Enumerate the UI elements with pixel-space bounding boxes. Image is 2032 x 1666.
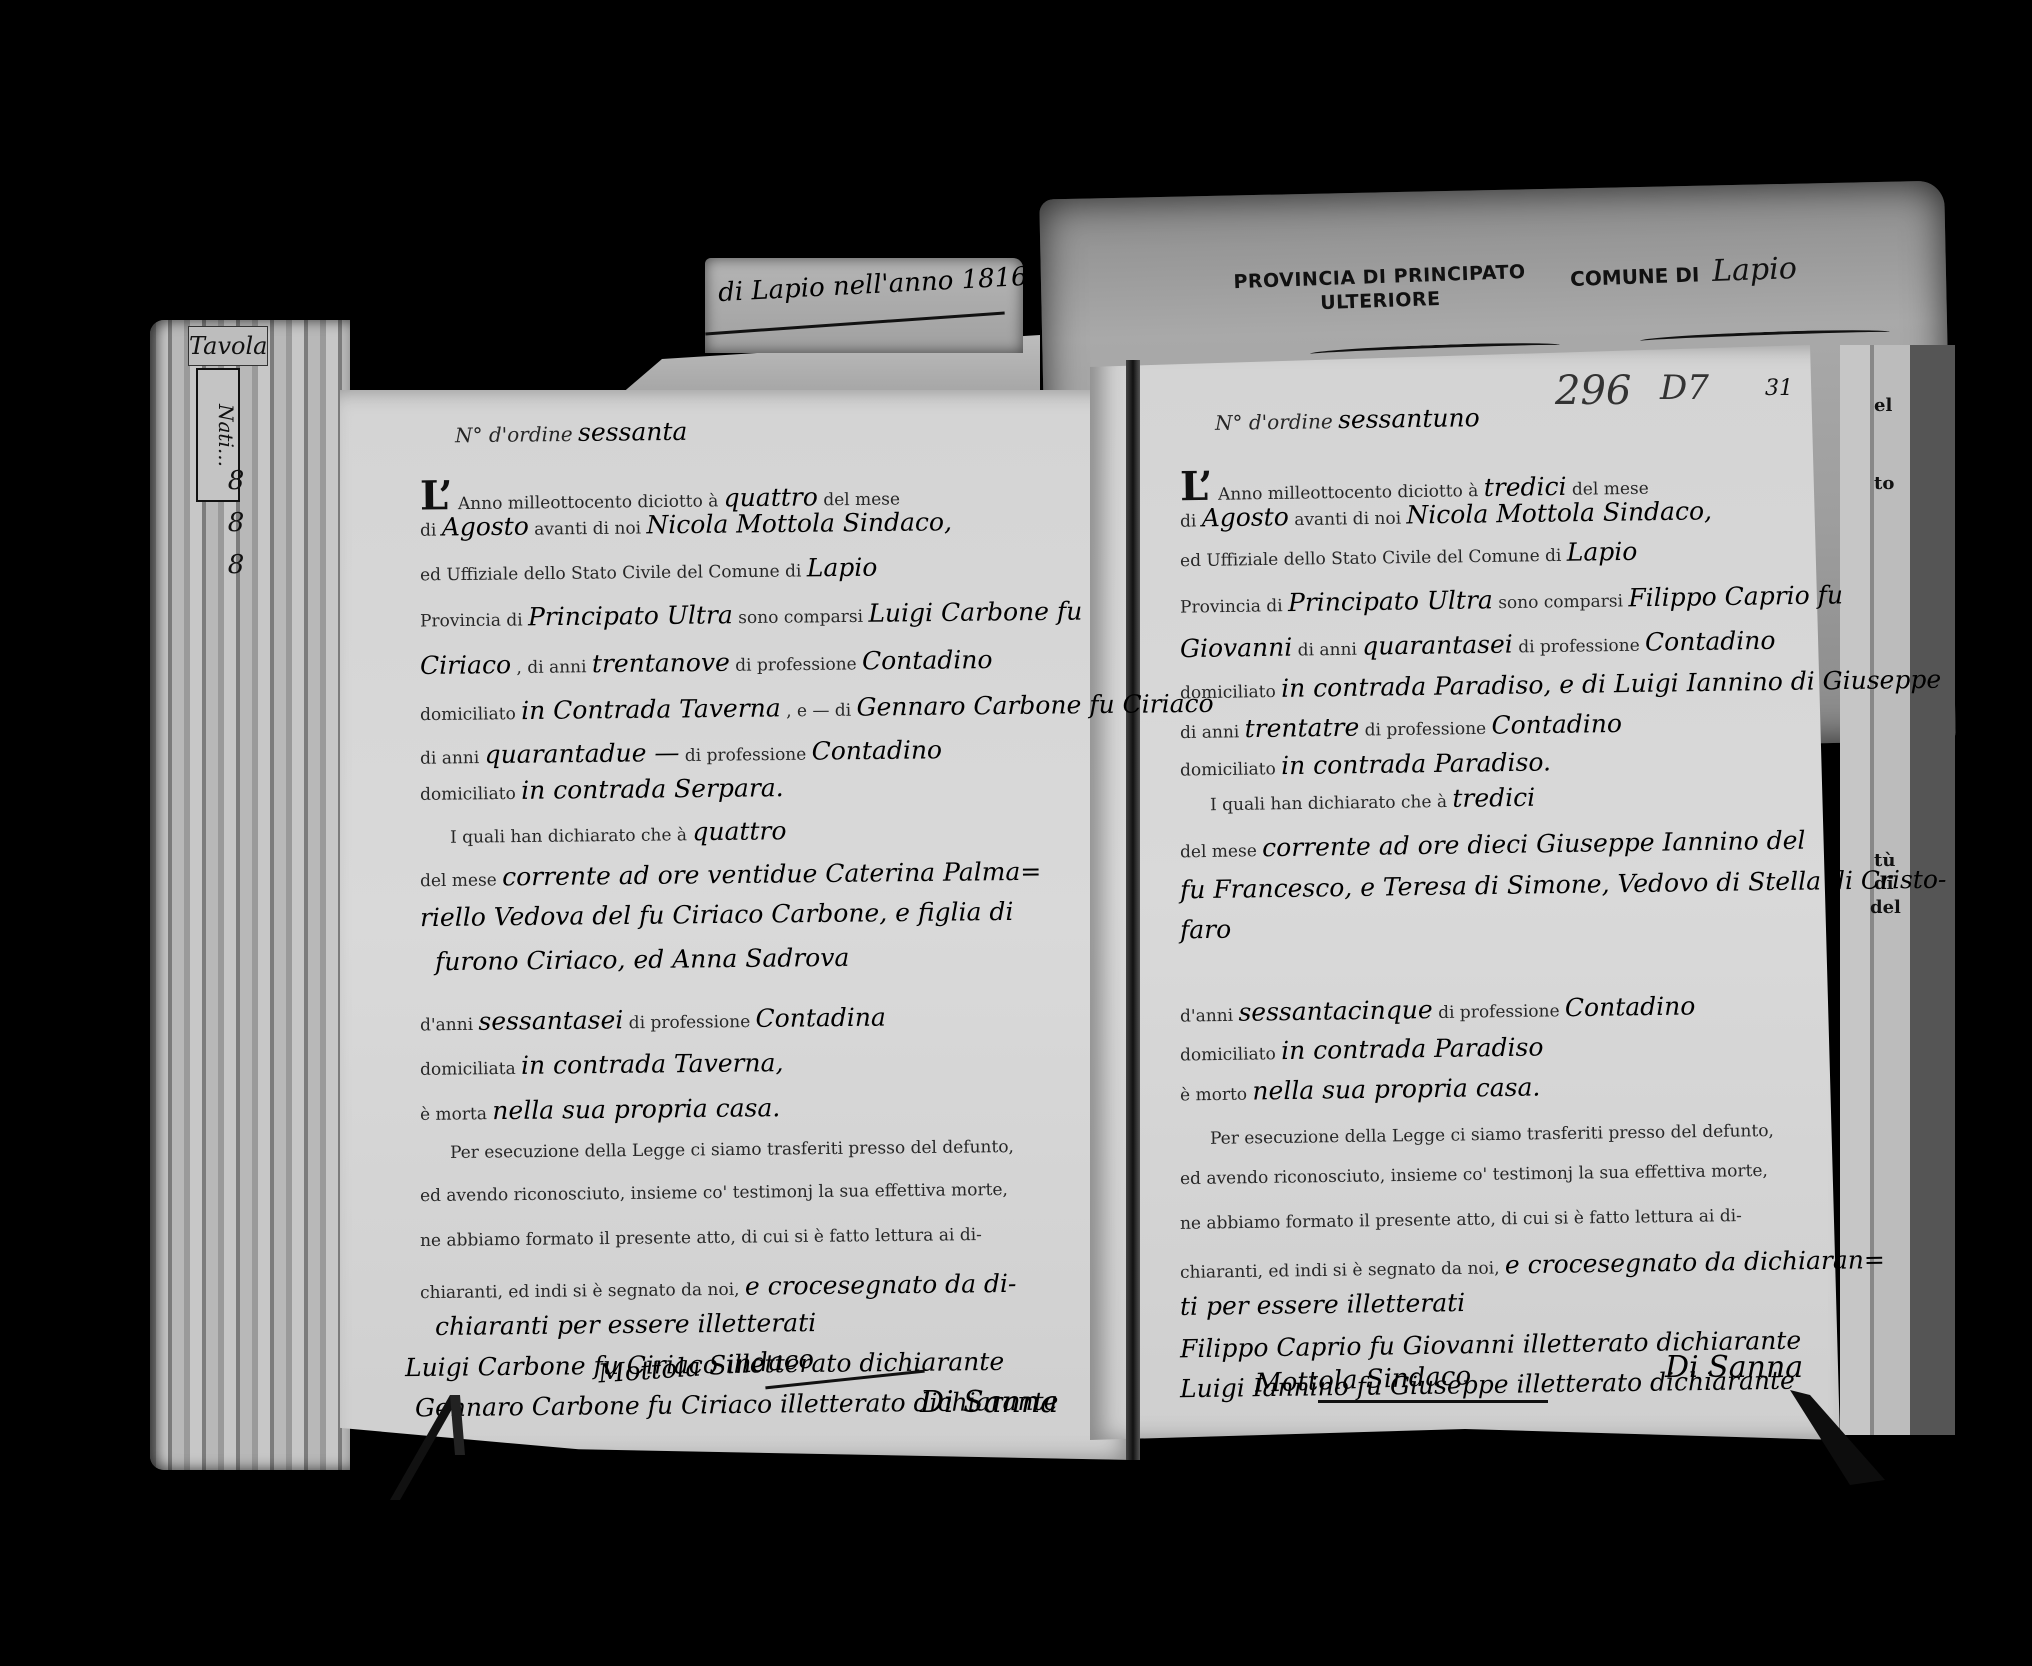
handwritten-entry: Contadino — [1565, 991, 1696, 1022]
printed-text: di anni — [1180, 722, 1239, 743]
printed-text: chiaranti, ed indi si è segnato da noi, — [1180, 1258, 1500, 1282]
spine-label: Tavola — [188, 326, 268, 366]
record-line: di Agosto avanti di noi Nicola Mottola S… — [420, 507, 952, 542]
handwritten-entry: faro — [1180, 915, 1232, 945]
page-number: 31 — [1765, 376, 1793, 401]
spine-digits: 8 8 8 — [224, 460, 248, 586]
handwritten-entry: Gennaro Carbone fu Ciriaco — [856, 689, 1213, 722]
printed-text: sono comparsi — [738, 607, 863, 628]
printed-text: è morta — [420, 1104, 487, 1125]
printed-text: domiciliato — [1180, 1044, 1276, 1065]
record-line: di anni trentatre di professione Contadi… — [1180, 709, 1622, 744]
printed-text: d'anni — [1180, 1006, 1233, 1027]
printed-text: di professione — [1365, 719, 1487, 741]
handwritten-entry: Principato Ultra — [528, 600, 733, 631]
record-line: ed Uffiziale dello Stato Civile del Comu… — [420, 553, 878, 587]
printed-text: domiciliato — [1180, 682, 1276, 703]
printed-text: avanti di noi — [534, 518, 641, 539]
comune-label: COMUNE DI — [1570, 262, 1700, 290]
printed-text: domiciliato — [420, 784, 516, 805]
handwritten-entry: Nicola Mottola Sindaco, — [646, 507, 952, 539]
handwritten-entry: Nicola Mottola Sindaco, — [1406, 496, 1712, 529]
printed-text: è morto — [1180, 1085, 1247, 1106]
printed-text: di professione — [629, 1012, 751, 1033]
page-holder-clip-right — [1790, 1390, 1910, 1490]
ordine-label: N° d'ordine — [455, 422, 573, 447]
book-spine-stack — [150, 320, 350, 1470]
handwritten-entry: nella sua propria casa. — [492, 1093, 780, 1125]
record-line: Ciriaco , di anni trentanove di professi… — [420, 645, 993, 680]
handwritten-entry: quarantasei — [1362, 630, 1513, 661]
printed-text: Provincia di — [420, 610, 523, 631]
printed-text: ed Uffiziale dello Stato Civile del Comu… — [420, 561, 802, 585]
handwritten-entry: Lapio — [1567, 537, 1638, 567]
printed-text: domiciliato — [1180, 759, 1276, 780]
handwritten-entry: in Contrada Taverna — [521, 693, 781, 725]
signature-officer-left: Di Sanna — [920, 1385, 1058, 1420]
handwritten-entry: quattro — [692, 816, 786, 846]
edge-text: del — [1870, 897, 1901, 918]
ordine-number: N° d'ordine sessanta — [455, 417, 688, 448]
printed-text: ed Uffiziale dello Stato Civile del Comu… — [1180, 546, 1562, 571]
printed-text: , di anni — [516, 657, 586, 678]
printed-text: I quali han dichiarato che à — [450, 825, 687, 847]
printed-text: del mese — [420, 870, 497, 891]
handwritten-entry: Contadino — [1491, 709, 1622, 740]
handwritten-entry: in contrada Serpara. — [521, 773, 784, 805]
record-line: furono Ciriaco, ed Anna Sadrova — [435, 943, 850, 976]
record-line: domiciliato in contrada Serpara. — [420, 773, 784, 806]
ordine-value: sessanta — [578, 417, 688, 447]
signature-officer-right: Di Sanna — [1665, 1350, 1803, 1385]
printed-text: di anni — [420, 748, 479, 769]
handwritten-entry: ti per essere illetterati — [1180, 1288, 1466, 1321]
handwritten-entry: Ciriaco — [420, 650, 511, 680]
printed-text: avanti di noi — [1294, 509, 1401, 530]
printed-text: di — [1180, 511, 1197, 531]
handwritten-entry: Contadino — [862, 645, 993, 675]
handwritten-entry: in contrada Paradiso — [1281, 1032, 1544, 1065]
handwritten-entry: corrente ad ore ventidue Caterina Palma= — [502, 857, 1041, 892]
handwritten-entry: chiaranti per essere illetterati — [435, 1308, 816, 1341]
record-line: riello Vedova del fu Ciriaco Carbone, e … — [420, 897, 1014, 932]
signature-flourish — [1318, 1400, 1548, 1403]
handwritten-entry: riello Vedova del fu Ciriaco Carbone, e … — [420, 897, 1014, 932]
handwritten-entry: tredici — [1452, 783, 1535, 813]
ordine-number: N° d'ordine sessantuno — [1215, 403, 1480, 436]
handwritten-entry: Filippo Caprio fu — [1628, 580, 1843, 612]
comune-value: Lapio — [1712, 251, 1798, 289]
printed-text: di professione — [685, 745, 807, 766]
printed-text: domiciliato — [420, 704, 516, 725]
printed-text: di anni — [1298, 640, 1357, 661]
edge-text: to — [1874, 473, 1894, 494]
handwritten-entry: Principato Ultra — [1288, 585, 1493, 617]
printed-text: di — [420, 521, 437, 541]
handwritten-entry: Lapio — [807, 553, 878, 583]
archive-number: 296 — [1555, 368, 1631, 414]
handwritten-entry: Agosto — [442, 512, 529, 542]
spine-digit: 8 — [224, 502, 248, 544]
edge-text: el — [1874, 395, 1892, 416]
printed-text: di professione — [1518, 636, 1640, 658]
handwritten-entry: Contadina — [755, 1003, 886, 1033]
handwritten-entry: Giovanni — [1180, 633, 1293, 664]
record-line: I quali han dichiarato che à quattro — [450, 816, 787, 849]
spine-digit: 8 — [224, 544, 248, 586]
handwritten-entry: furono Ciriaco, ed Anna Sadrova — [435, 943, 850, 976]
record-line: ti per essere illetterati — [1180, 1288, 1466, 1321]
record-line: domiciliato in contrada Paradiso — [1180, 1032, 1544, 1066]
record-line: I quali han dichiarato che à tredici — [1210, 783, 1536, 817]
record-line: chiaranti per essere illetterati — [435, 1308, 816, 1341]
printed-text: del mese — [1180, 841, 1257, 862]
handwritten-entry: Contadino — [1645, 626, 1776, 657]
record-line: domiciliata in contrada Taverna, — [420, 1048, 784, 1081]
handwritten-entry: Luigi Carbone fu — [868, 597, 1082, 628]
printed-text: , e — di — [786, 701, 851, 722]
handwritten-entry: in contrada Paradiso. — [1281, 747, 1551, 780]
handwritten-entry: trentanove — [592, 648, 730, 678]
record-line: domiciliato in contrada Paradiso. — [1180, 747, 1551, 781]
handwritten-entry: in contrada Taverna, — [521, 1048, 784, 1080]
handwritten-entry: Contadino — [811, 735, 942, 765]
printed-text: domiciliata — [420, 1059, 516, 1080]
printed-text: di professione — [1438, 1001, 1560, 1023]
ordine-value: sessantuno — [1338, 403, 1480, 434]
record-line: d'anni sessantasei di professione Contad… — [420, 1003, 886, 1037]
handwritten-entry: trentatre — [1244, 713, 1359, 744]
printed-text: sono comparsi — [1498, 591, 1623, 613]
printed-text: di professione — [735, 654, 857, 675]
printed-text: Provincia di — [1180, 596, 1283, 617]
record-line: faro — [1180, 915, 1232, 945]
printed-text: I quali han dichiarato che à — [1210, 792, 1447, 815]
record-line: è morta nella sua propria casa. — [420, 1093, 781, 1126]
printed-text: d'anni — [420, 1015, 473, 1036]
folio-mark: D7 — [1660, 368, 1709, 408]
record-line: è morto nella sua propria casa. — [1180, 1072, 1541, 1106]
page-holder-clip-left — [370, 1395, 490, 1505]
spine-digit: 8 — [224, 460, 248, 502]
handwritten-entry: Agosto — [1202, 502, 1289, 532]
handwritten-entry: quarantadue — — [484, 738, 679, 769]
ordine-label: N° d'ordine — [1215, 409, 1333, 435]
book-gutter — [1126, 360, 1140, 1460]
printed-text: chiaranti, ed indi si è segnato da noi, — [420, 1280, 740, 1303]
record-line: di anni quarantadue — di professione Con… — [420, 735, 942, 769]
handwritten-entry: sessantacinque — [1238, 995, 1433, 1027]
handwritten-entry: e crocesegnato da dichiaran= — [1505, 1245, 1885, 1279]
handwritten-entry: sessantasei — [478, 1005, 623, 1036]
handwritten-entry: nella sua propria casa. — [1252, 1072, 1540, 1105]
handwritten-entry: e crocesegnato da di- — [745, 1269, 1017, 1301]
